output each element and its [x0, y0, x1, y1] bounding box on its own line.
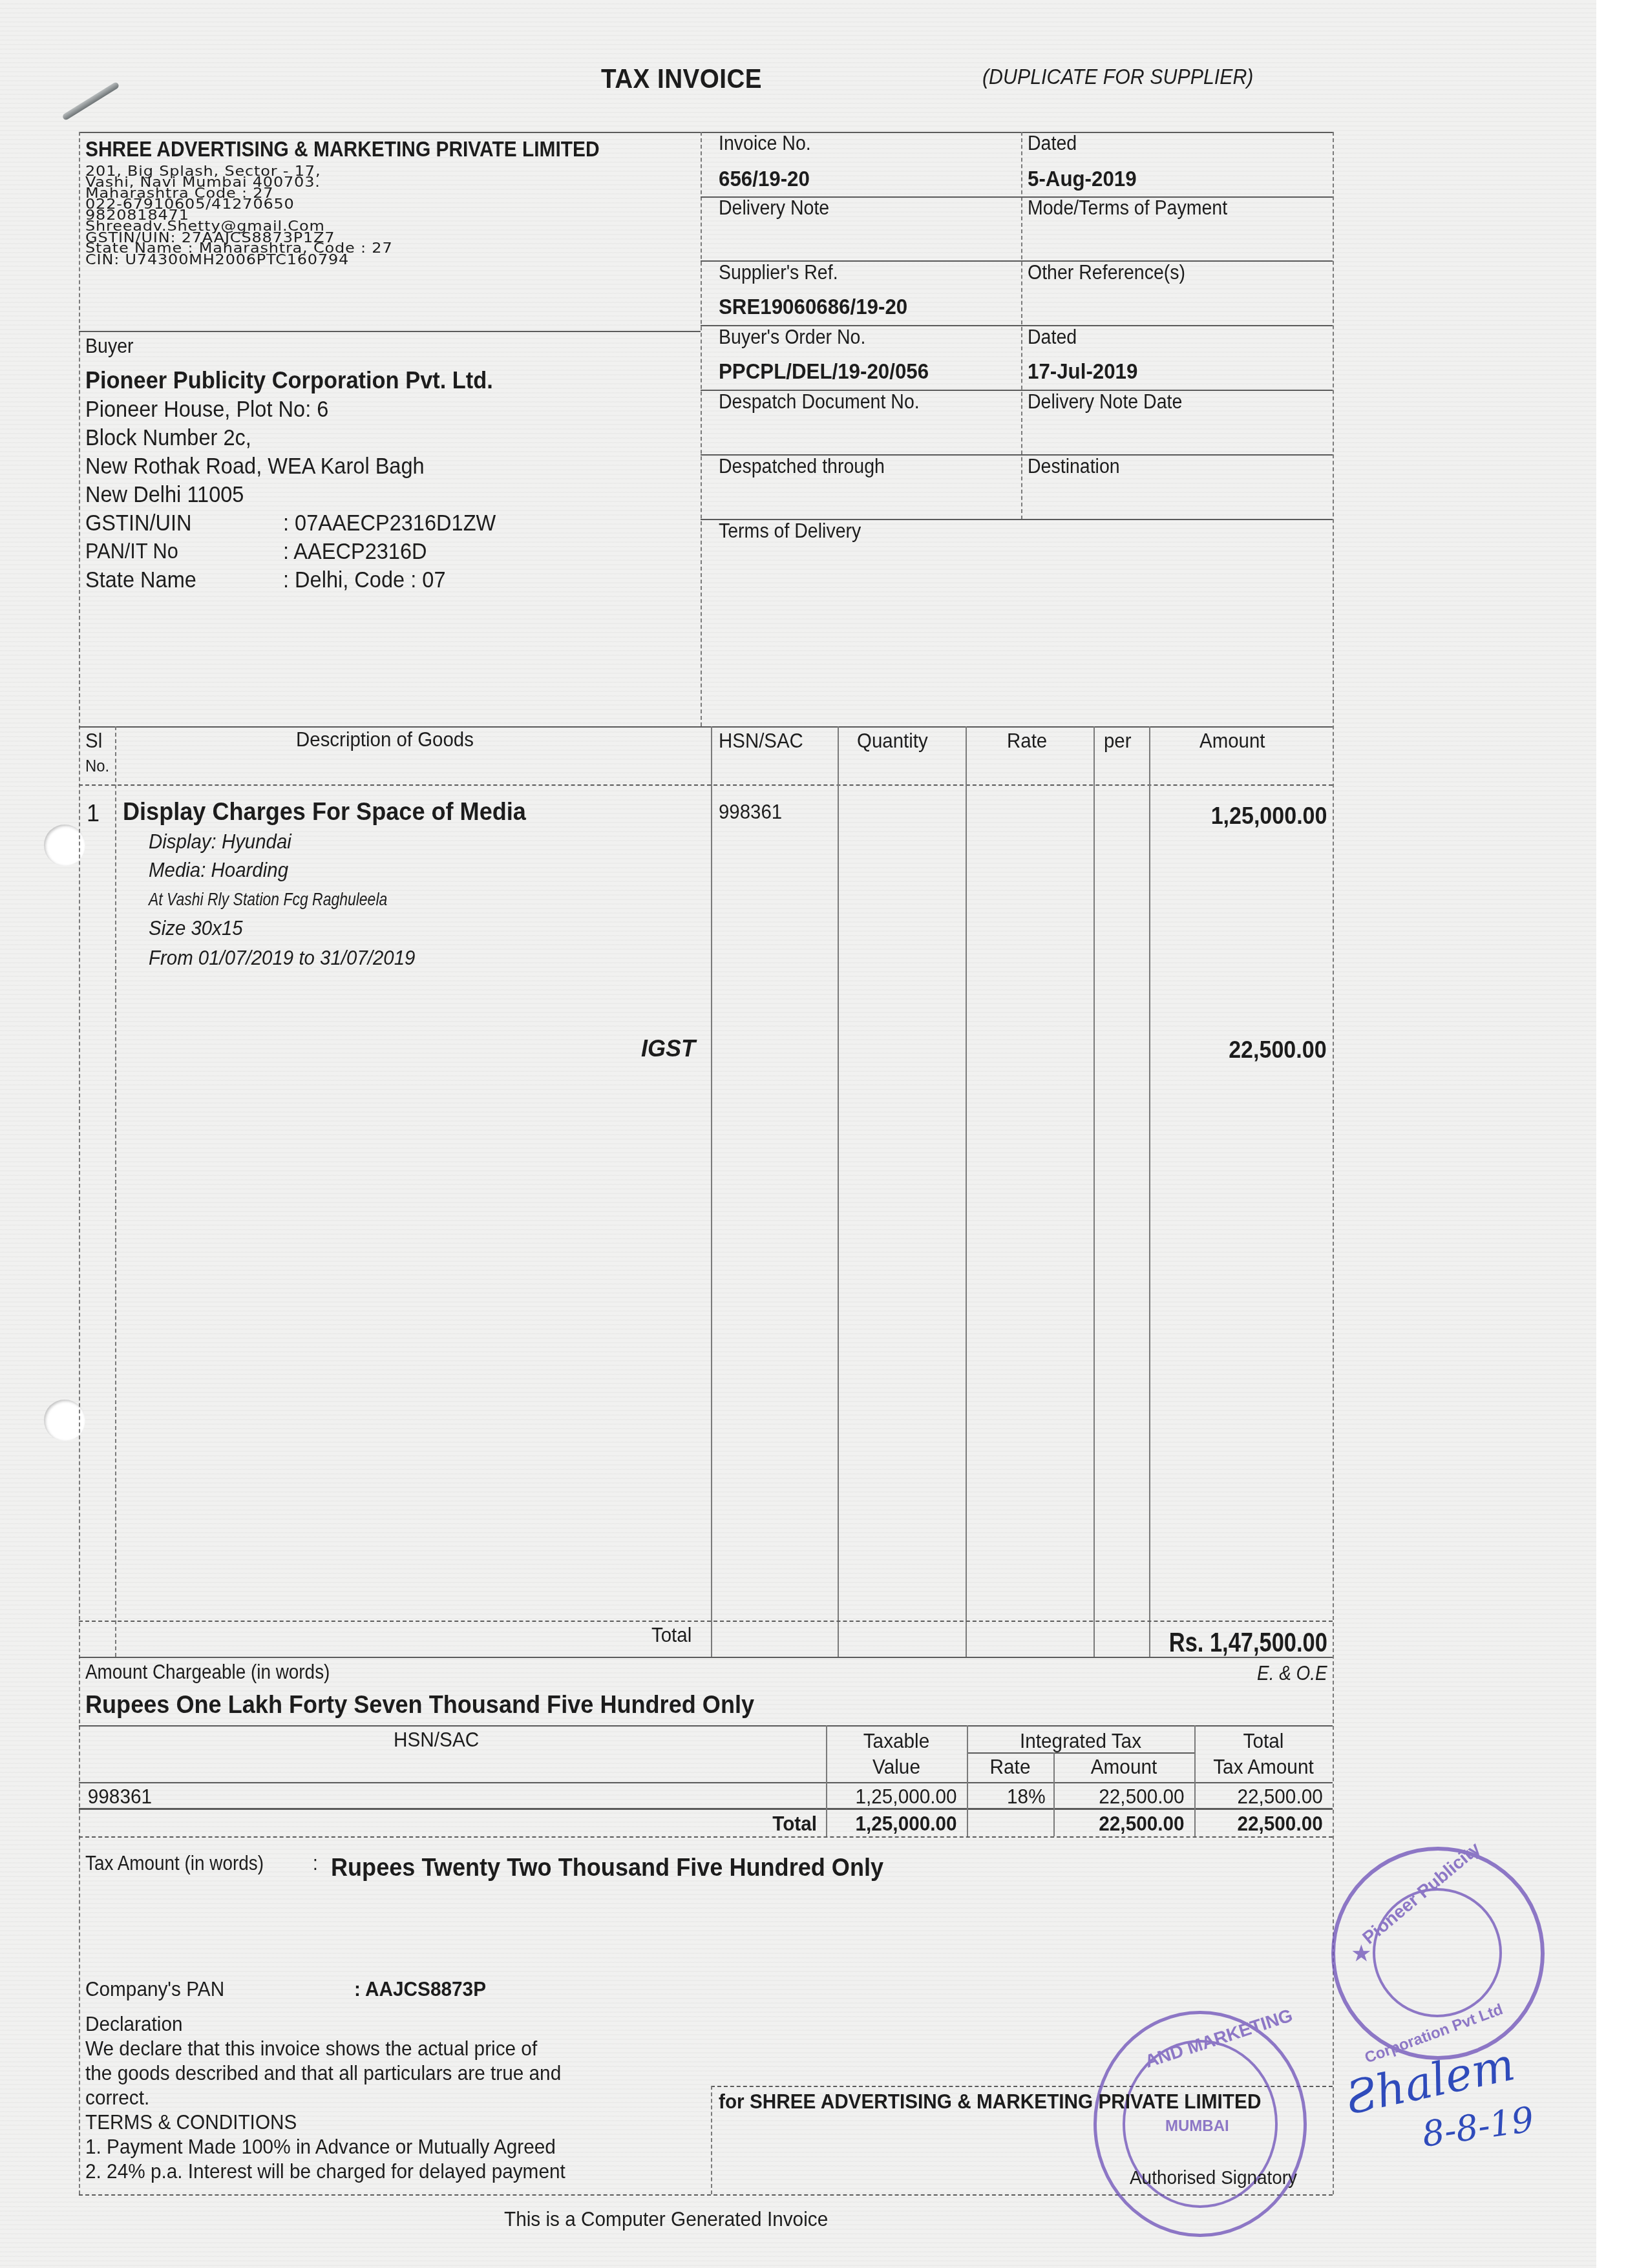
col-border	[1093, 726, 1095, 1657]
col-header-description: Description of Goods	[296, 728, 474, 751]
seller-company-stamp: AND MARKETING MUMBAI	[1093, 2011, 1307, 2237]
col-border	[711, 726, 712, 1657]
invoice-no-value: 656/19-20	[719, 167, 810, 192]
tax-in-words: Rupees Twenty Two Thousand Five Hundred …	[331, 1854, 883, 1882]
page-margin	[1596, 0, 1648, 2268]
terms-label: TERMS & CONDITIONS	[85, 2110, 297, 2134]
total-label: Total	[651, 1623, 692, 1647]
item-title: Display Charges For Space of Media	[123, 799, 526, 826]
amount-in-words: Rupees One Lakh Forty Seven Thousand Fiv…	[85, 1692, 754, 1719]
buyer-order-value: PPCPL/DEL/19-20/056	[719, 359, 929, 384]
summary-header-total-2: Tax Amount	[1199, 1755, 1327, 1779]
item-detail: From 01/07/2019 to 31/07/2019	[149, 946, 415, 970]
order-dated-label: Dated	[1028, 326, 1077, 349]
item-hsn: 998361	[719, 800, 782, 824]
col-border	[967, 1725, 968, 1836]
col-header-hsn: HSN/SAC	[719, 729, 803, 753]
frame-right	[1333, 132, 1334, 2194]
summary-row-hsn: 998361	[88, 1785, 152, 1809]
col-header-rate: Rate	[1007, 729, 1047, 753]
supplier-ref-label: Supplier's Ref.	[719, 261, 838, 284]
copy-label: (DUPLICATE FOR SUPPLIER)	[982, 65, 1253, 89]
buyer-address-line: Block Number 2c,	[85, 425, 251, 451]
item-sl: 1	[87, 800, 100, 827]
despatch-doc-label: Despatch Document No.	[719, 390, 920, 414]
buyer-address-line: New Rothak Road, WEA Karol Bagh	[85, 454, 425, 479]
summary-row-taxable: 1,25,000.00	[830, 1785, 956, 1809]
summary-total-amount: 22,500.00	[1058, 1812, 1184, 1836]
col-border	[966, 726, 967, 1657]
buyer-gstin-value: : 07AAECP2316D1ZW	[283, 510, 496, 536]
supplier-ref-value: SRE19060686/19-20	[719, 295, 907, 320]
terms-item: 2. 24% p.a. Interest will be charged for…	[85, 2159, 565, 2183]
total-row-bottom	[79, 1657, 1333, 1658]
summary-header-rate: Rate	[970, 1755, 1051, 1779]
buyer-pan-value: : AAECP2316D	[283, 539, 427, 565]
declaration-line: the goods described and that all particu…	[85, 2061, 561, 2085]
terms-item: 1. Payment Made 100% in Advance or Mutua…	[85, 2135, 556, 2159]
summary-header-amount: Amount	[1059, 1755, 1190, 1779]
summary-row-amount: 22,500.00	[1058, 1785, 1184, 1809]
for-company-label: for SHREE ADVERTISING & MARKETING PRIVAT…	[719, 2090, 1261, 2114]
summary-header-integrated-tax: Integrated Tax	[975, 1729, 1186, 1753]
star-icon: ★	[1352, 1941, 1371, 1966]
summary-header-taxable-2: Value	[831, 1755, 962, 1779]
summary-total-label: Total	[715, 1812, 817, 1836]
col-header-quantity: Quantity	[857, 729, 928, 753]
buyer-company-stamp: Pioneer Publicity Corporation Pvt Ltd ★	[1331, 1847, 1545, 2060]
declaration-line: We declare that this invoice shows the a…	[85, 2037, 537, 2061]
col-border	[115, 726, 116, 1657]
col-header-sl-no: No.	[85, 756, 109, 776]
summary-top	[79, 1725, 1333, 1727]
company-pan-label: Company's PAN	[85, 1977, 224, 2001]
summary-bottom	[79, 1836, 1333, 1838]
item-detail: Size 30x15	[149, 916, 243, 940]
payment-terms-label: Mode/Terms of Payment	[1028, 196, 1227, 220]
declaration-label: Declaration	[85, 2012, 183, 2036]
terms-of-delivery-label: Terms of Delivery	[719, 520, 861, 543]
summary-total-tax: 22,500.00	[1199, 1812, 1323, 1836]
delivery-note-label: Delivery Note	[719, 196, 829, 220]
item-detail: Display: Hyundai	[149, 830, 291, 854]
signature-box-left	[711, 2086, 712, 2194]
delivery-note-date-label: Delivery Note Date	[1028, 390, 1182, 414]
seller-address: 201, Big Splash, Sector - 17, Vashi, Nav…	[85, 165, 393, 265]
despatched-through-label: Despatched through	[719, 455, 885, 478]
items-header-bottom	[79, 784, 1333, 786]
dated-value: 5-Aug-2019	[1028, 167, 1137, 192]
eoe-label: E. & O.E	[1257, 1662, 1327, 1685]
col-border	[1194, 1725, 1196, 1836]
summary-header-hsn: HSN/SAC	[394, 1728, 479, 1752]
summary-row-total: 22,500.00	[1199, 1785, 1323, 1809]
buyer-state-value: : Delhi, Code : 07	[283, 567, 446, 593]
document-title: TAX INVOICE	[601, 63, 762, 94]
total-amount: Rs. 1,47,500.00	[1169, 1627, 1327, 1658]
col-header-per: per	[1104, 729, 1132, 753]
buyer-state-label: State Name	[85, 567, 196, 593]
buyer-address-line: New Delhi 11005	[85, 482, 244, 508]
seller-cin: CIN: U74300MH2006PTC160794	[85, 254, 393, 265]
col-border	[1149, 726, 1150, 1657]
buyer-name: Pioneer Publicity Corporation Pvt. Ltd.	[85, 367, 493, 394]
item-amount: 1,25,000.00	[1210, 803, 1327, 830]
buyer-order-label: Buyer's Order No.	[719, 326, 865, 349]
total-row-top	[79, 1621, 1333, 1622]
amount-words-label: Amount Chargeable (in words)	[85, 1661, 330, 1684]
frame-top	[79, 132, 1333, 133]
company-pan-value: : AAJCS8873P	[354, 1977, 486, 2001]
buyer-address-line: Pioneer House, Plot No: 6	[85, 397, 328, 423]
tax-words-label: Tax Amount (in words)	[85, 1852, 264, 1875]
seller-stamp-city: MUMBAI	[1165, 2117, 1229, 2136]
igst-amount: 22,500.00	[1229, 1036, 1327, 1064]
destination-label: Destination	[1028, 455, 1120, 478]
meta-left-border	[701, 132, 702, 726]
order-dated-value: 17-Jul-2019	[1028, 359, 1137, 384]
buyer-label: Buyer	[85, 335, 134, 358]
tax-words-separator: :	[313, 1852, 318, 1875]
computer-generated-note: This is a Computer Generated Invoice	[504, 2207, 828, 2231]
authorised-signatory-label: Authorised Signatory	[1130, 2167, 1297, 2189]
summary-header-taxable: Taxable	[831, 1729, 962, 1753]
other-ref-label: Other Reference(s)	[1028, 261, 1185, 284]
dated-label: Dated	[1028, 132, 1077, 155]
igst-label: IGST	[641, 1035, 695, 1062]
buyer-pan-label: PAN/IT No	[85, 539, 178, 563]
col-border	[1053, 1752, 1055, 1836]
items-table-top	[79, 726, 1333, 728]
item-detail: Media: Hoarding	[149, 858, 288, 882]
summary-header-bottom	[79, 1782, 1333, 1783]
frame-left	[79, 132, 80, 2194]
invoice-no-label: Invoice No.	[719, 132, 811, 155]
summary-total-taxable: 1,25,000.00	[830, 1812, 956, 1836]
col-border	[838, 726, 839, 1657]
summary-row-rate: 18%	[969, 1785, 1045, 1809]
item-detail: At Vashi Rly Station Fcg Raghuleela	[149, 889, 387, 910]
col-border	[826, 1725, 827, 1836]
seller-name: SHREE ADVERTISING & MARKETING PRIVATE LI…	[85, 137, 600, 162]
buyer-gstin-label: GSTIN/UIN	[85, 510, 192, 536]
col-header-sl: Sl	[85, 729, 102, 753]
col-header-amount: Amount	[1199, 729, 1265, 753]
divider	[79, 331, 701, 332]
summary-header-total: Total	[1199, 1729, 1327, 1753]
declaration-line: correct.	[85, 2086, 149, 2110]
